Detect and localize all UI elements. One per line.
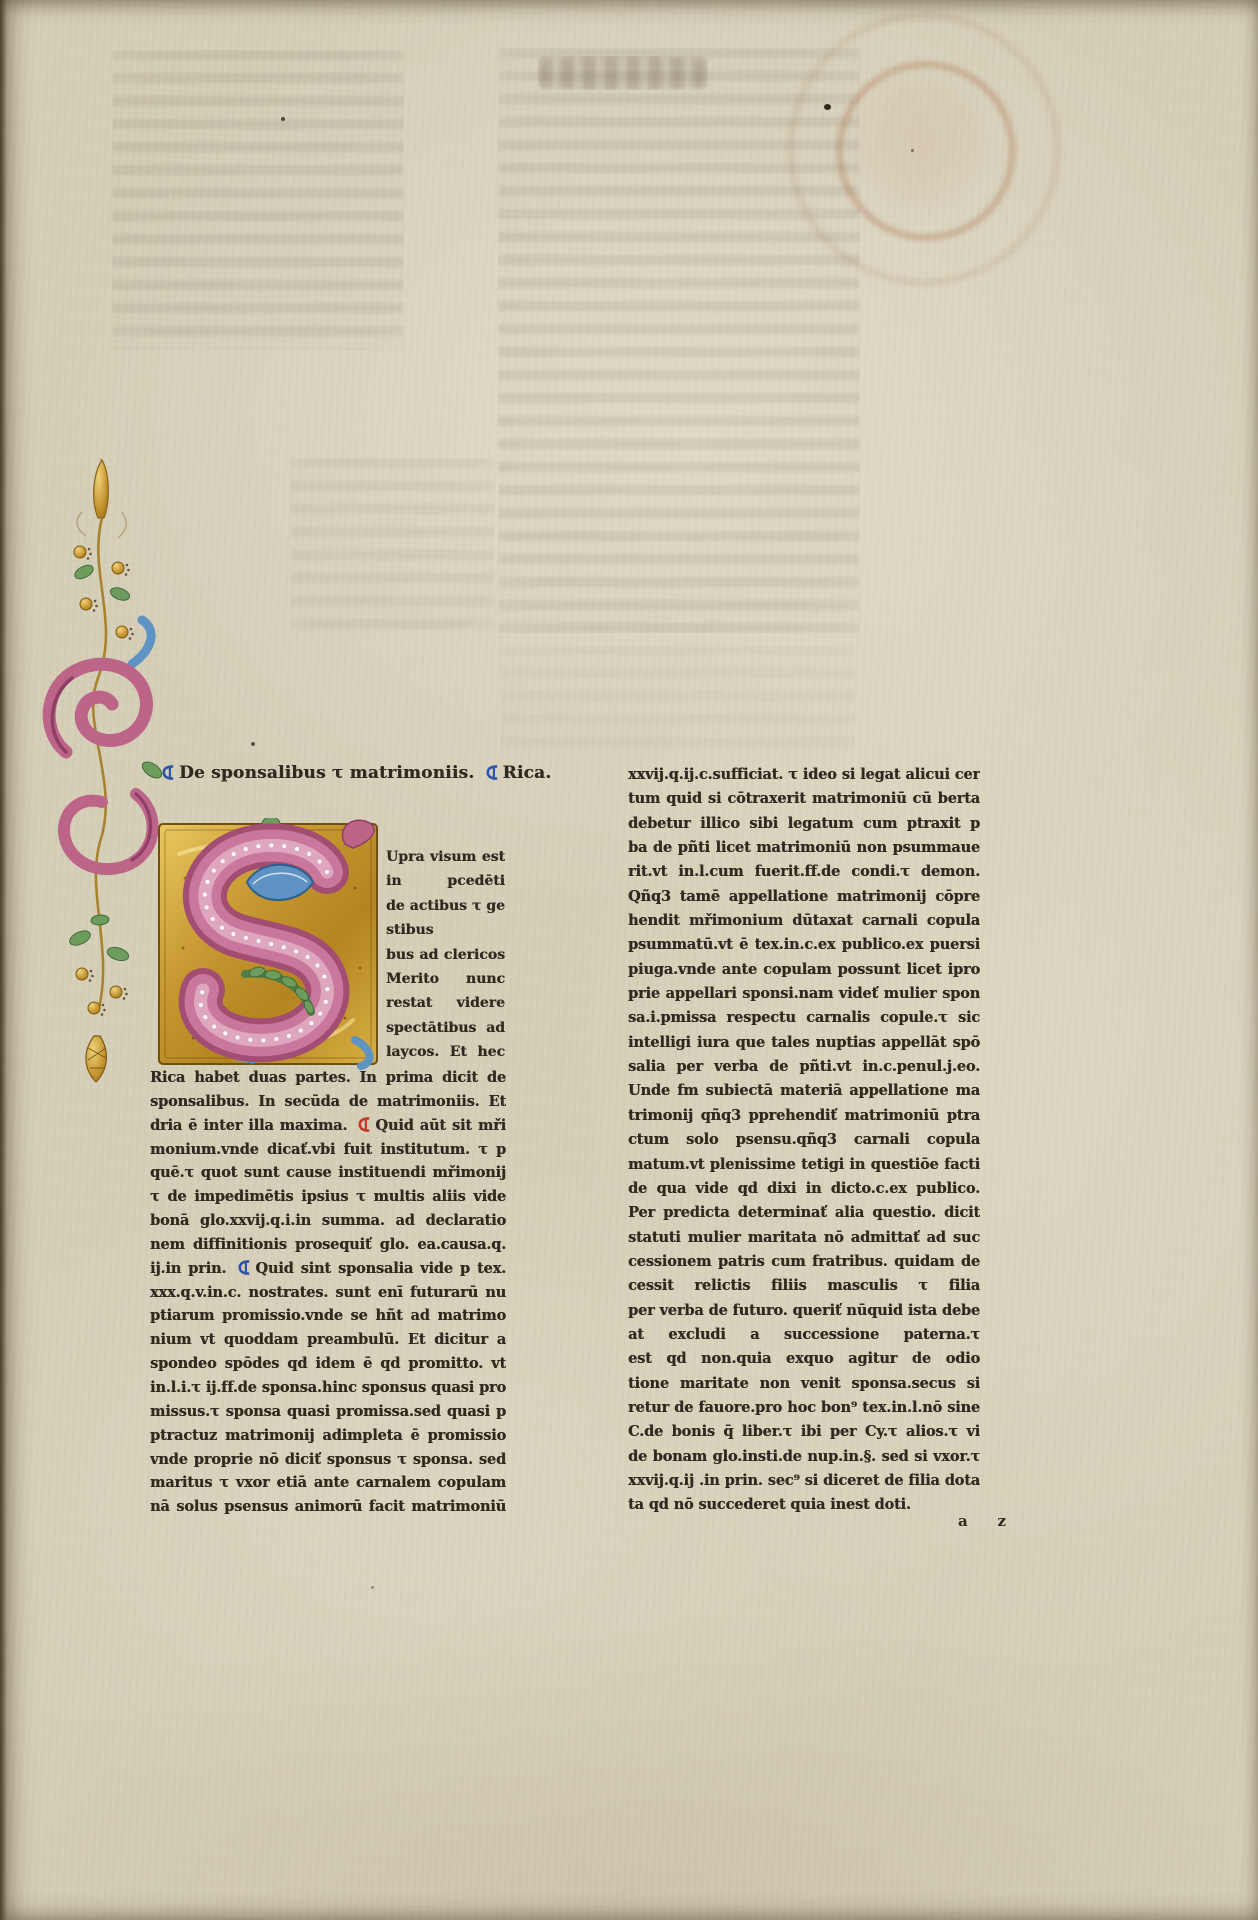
stain-wash (846, 71, 992, 217)
text-line: vnde proprie nō diciť sponsus τ sponsa. … (150, 1448, 506, 1472)
page-edge-shadow (0, 0, 7, 1920)
text-line: bus ad clericos (386, 943, 505, 967)
pilcrow-icon (358, 1117, 371, 1132)
text-line: at excludi a successione paterna.τ dicen… (628, 1323, 980, 1347)
pilcrow-icon (238, 1260, 251, 1275)
text-line: laycos. Et hec (386, 1040, 505, 1064)
text-line: de actibus τ ge (386, 894, 505, 918)
text-line: salia per verba de pñti.vt in.c.penul.j.… (628, 1055, 980, 1079)
text-line: ptractuz matrimonij adimpleta ē promissi… (150, 1424, 506, 1448)
showthrough-text-block (290, 458, 495, 633)
incunabulum-page: De sponsalibus τ matrimoniis. Rica. Upra… (0, 0, 1258, 1920)
ink-speck (371, 1586, 374, 1589)
text-line: nā solus psensus animorū facit matrimoni… (150, 1495, 506, 1519)
text-line: Merito nunc (386, 967, 505, 991)
showthrough-text-block (500, 645, 855, 755)
text-line: piuga.vnde ante copulam possunt licet ip… (628, 958, 980, 982)
illuminated-initial (155, 818, 381, 1070)
ink-speck (911, 149, 914, 152)
text-line: rit.vt in.l.cum fuerit.ff.de condi.τ dem… (628, 860, 980, 884)
text-line: bonā glo.xxvij.q.i.in summa. ad declarat… (150, 1209, 506, 1233)
text-line: quē.τ quot sunt cause instituendi mřimon… (150, 1161, 506, 1185)
text-line: in.l.i.τ ij.ff.de sponsa.hinc sponsus qu… (150, 1376, 506, 1400)
text-line: psummatū.vt ē tex.in.c.ex publico.ex pue… (628, 933, 980, 957)
left-column-text: Rica habet duas partes. In prima dicit d… (150, 1066, 506, 1519)
text-line: stibus spectanti (386, 918, 505, 942)
text-line: ptiarum promissio.vnde se hñt ad matrimo (150, 1304, 506, 1328)
text-line: xxx.q.v.in.c. nostrates. sunt enī futura… (150, 1281, 506, 1305)
left-column-intro-lines: Upra visum estin pcedēti librode actibus… (386, 845, 505, 1065)
text-line: tione maritate non venit sponsa.secus si… (628, 1372, 980, 1396)
text-line: τ de impedimētis ipsius τ multis aliis v… (150, 1185, 506, 1209)
pilcrow-icon (162, 765, 175, 780)
text-line: xxvij.q.ij.c.sufficiat. τ ideo si legat … (628, 763, 980, 787)
signature-mark-1: a (958, 1512, 968, 1530)
text-line: prie appellari sponsi.nam videť mulier s… (628, 982, 980, 1006)
text-line: nium vt quoddam preambulū. Et dicitur a (150, 1328, 506, 1352)
text-line: ctum solo psensu.qñq3 carnali copula cōs… (628, 1128, 980, 1152)
quire-signature: a z (958, 1512, 1006, 1530)
showthrough-text-block (112, 50, 404, 350)
text-line: monium.vnde dicať.vbi fuit institutum. τ… (150, 1138, 506, 1162)
signature-mark-2: z (997, 1512, 1006, 1530)
text-line: restat videre de (386, 991, 505, 1015)
text-line: retur de fauore.pro hoc bon⁹ tex.in.l.nō… (628, 1396, 980, 1420)
text-line: statuti mulier maritata nō admittať ad s… (628, 1226, 980, 1250)
pilcrow-icon (486, 765, 499, 780)
text-line: trimonij qñq3 pprehendiť matrimoniū ptra (628, 1104, 980, 1128)
right-column-text: xxvij.q.ij.c.sufficiat. τ ideo si legat … (628, 763, 980, 1518)
text-line: spondeo spōdes qd idem ē qd promitto. vt (150, 1352, 506, 1376)
text-line: Per predicta determinať alia questio. di… (628, 1201, 980, 1225)
text-line: C.de bonis q̄ liber.τ ibi per Cy.τ alios… (628, 1420, 980, 1444)
wormhole-dot (824, 104, 831, 110)
text-line: Upra visum est (386, 845, 505, 869)
text-line: sponsalibus. In secūda de matrimoniis. E… (150, 1090, 506, 1114)
text-line: Rica habet duas partes. In prima dicit d… (150, 1066, 506, 1090)
text-line: debetur illico sibi legatum cum ptraxit … (628, 812, 980, 836)
text-line: matum.vt plenissime tetigi in questiōe f… (628, 1153, 980, 1177)
text-line: ij.in prin. Quid sint sponsalia vide p t… (150, 1257, 506, 1281)
text-line: cessionem patris cum fratribus. quidam d… (628, 1250, 980, 1274)
ink-speck (281, 117, 285, 121)
text-line: in pcedēti libro (386, 869, 505, 893)
text-line: xxvij.q.ij .in prin. sec⁹ si diceret de … (628, 1469, 980, 1493)
text-line: hendit mřimonium dūtaxat carnali copula (628, 909, 980, 933)
text-line: de qua vide qd dixi in dicto.c.ex public… (628, 1177, 980, 1201)
text-line: maritus τ vxor etiā ante carnalem copula… (150, 1471, 506, 1495)
ink-speck (251, 742, 255, 746)
text-line: per verba de futuro. queriť nūquid ista … (628, 1299, 980, 1323)
text-line: de bonam glo.insti.de nup.in.§. sed si v… (628, 1445, 980, 1469)
text-line: tum quid si cōtraxerit matrimoniū cū ber… (628, 787, 980, 811)
text-line: est qd non.quia exquo agitur de odio app… (628, 1347, 980, 1371)
chapter-heading: De sponsalibus τ matrimoniis. Rica. (157, 763, 509, 791)
text-line: Unde fm subiectā materiā appellatione ma (628, 1079, 980, 1103)
text-line: spectātibus ad (386, 1016, 505, 1040)
showthrough-heading-blur (538, 56, 708, 90)
text-line: missus.τ sponsa quasi promissa.sed quasi… (150, 1400, 506, 1424)
text-line: nem diffinitionis prosequiť glo. ea.caus… (150, 1233, 506, 1257)
text-line: ta qd nō succederet quia inest doti. (628, 1493, 980, 1517)
marginal-floral-ornament (36, 452, 168, 1084)
text-line: sa.i.pmissa respectu carnalis copule.τ s… (628, 1006, 980, 1030)
text-line: cessit relictis filiis masculis τ filia … (628, 1274, 980, 1298)
text-line: Qñq3 tamē appellatione matrimonij cōpre (628, 885, 980, 909)
text-line: dria ē inter illa maxima. Quid aūt sit m… (150, 1114, 506, 1138)
text-line: intelligi iura que tales nuptias appellā… (628, 1031, 980, 1055)
text-line: ba de pñti licet matrimoniū non psummaue (628, 836, 980, 860)
